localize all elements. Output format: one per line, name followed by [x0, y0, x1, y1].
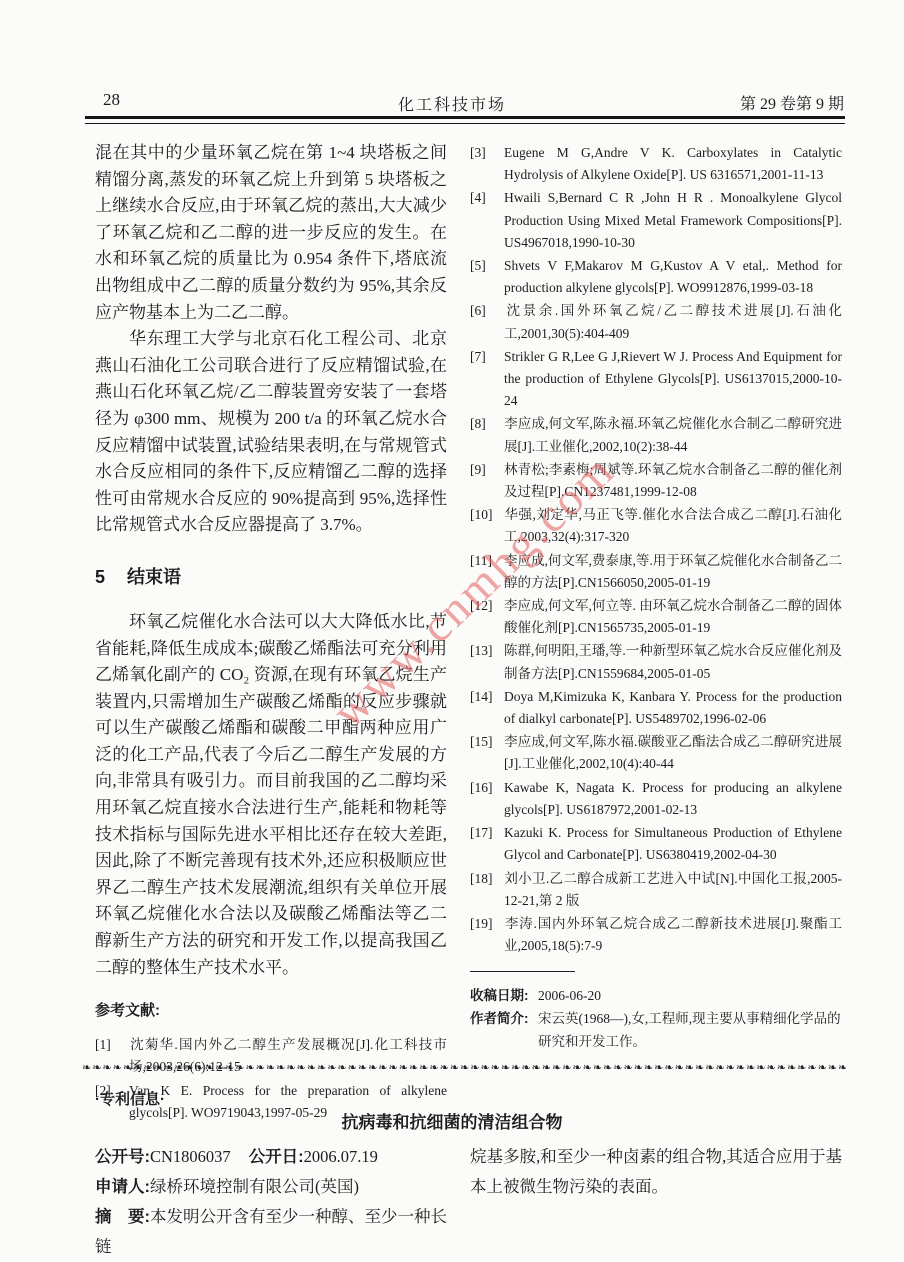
- reference-text: 沈景余.国外环氧乙烷/乙二醇技术进展[J].石油化工,2001,30(5):40…: [504, 303, 842, 340]
- ornament-divider: ❧❧❧❧❧❧❧❧❧❧❧❧❧❧❧❧❧❧❧❧❧❧❧❧❧❧❧❧❧❧❧❧❧❧❧❧❧❧❧❧…: [82, 1058, 846, 1078]
- footnote-rule: [470, 971, 575, 972]
- reference-item: [8]李应成,何文军,陈永福.环氧乙烷催化水合制乙二醇研究进展[J].工业催化,…: [470, 413, 842, 457]
- pub-no-label: 公开号:: [95, 1148, 150, 1166]
- reference-number: [10]: [470, 504, 504, 526]
- patent-right-column: 烷基多胺,和至少一种卤素的组合物,其适合应用于基本上被微生物污染的表面。: [470, 1142, 842, 1202]
- reference-text: Shvets V F,Makarov M G,Kustov A V etal,.…: [504, 258, 842, 295]
- reference-item: [10]华强,刘定华,马正飞等.催化水合法合成乙二醇[J].石油化工,2003,…: [470, 504, 842, 548]
- abstract-label: 摘 要:: [95, 1208, 150, 1226]
- reference-item: [6]沈景余.国外环氧乙烷/乙二醇技术进展[J].石油化工,2001,30(5)…: [470, 300, 842, 344]
- section-title: 结束语: [127, 567, 181, 587]
- reference-item: [3]Eugene M G,Andre V K. Carboxylates in…: [470, 142, 842, 186]
- reference-text: Hwaili S,Bernard C R ,John H R . Monoalk…: [504, 190, 842, 249]
- reference-item: [9]林青松;李素梅;周斌等.环氧乙烷水合制备乙二醇的催化剂及过程[P].CN1…: [470, 459, 842, 503]
- patent-applicant-line: 申请人:绿桥环境控制有限公司(英国): [95, 1172, 455, 1202]
- reference-number: [18]: [470, 868, 504, 890]
- reference-text: 林青松;李素梅;周斌等.环氧乙烷水合制备乙二醇的催化剂及过程[P].CN1237…: [504, 462, 842, 499]
- reference-number: [19]: [470, 913, 504, 935]
- reference-number: [12]: [470, 595, 504, 617]
- author-bio-value: 宋云英(1968—),女,工程师,现主要从事精细化学品的研究和开发工作。: [538, 1011, 841, 1049]
- reference-text: 李涛.国内外环氧乙烷合成乙二醇新技术进展[J].聚酯工业,2005,18(5):…: [504, 916, 842, 953]
- pub-no-value: CN1806037: [150, 1147, 231, 1166]
- reference-item: [4]Hwaili S,Bernard C R ,John H R . Mono…: [470, 187, 842, 254]
- issue-label: 第 29 卷第 9 期: [740, 91, 844, 114]
- reference-text: 陈群,何明阳,王璠,等.一种新型环氧乙烷水合反应催化剂及制备方法[P].CN15…: [504, 643, 842, 680]
- reference-text: Strikler G R,Lee G J,Rievert W J. Proces…: [504, 349, 842, 408]
- reference-number: [5]: [470, 255, 504, 277]
- reference-text: 李应成,何文军,陈水福.碳酸亚乙酯法合成乙二醇研究进展[J].工业催化,2002…: [504, 734, 842, 771]
- reference-number: [14]: [470, 686, 504, 708]
- reference-text: 刘小卫.乙二醇合成新工艺进入中试[N].中国化工报,2005-12-21,第 2…: [504, 871, 842, 908]
- left-column: 混在其中的少量环氧乙烷在第 1~4 块塔板之间精馏分离,蒸发的环氧乙烷上升到第 …: [95, 140, 447, 1125]
- reference-item: [15]李应成,何文军,陈水福.碳酸亚乙酯法合成乙二醇研究进展[J].工业催化,…: [470, 731, 842, 775]
- section-number: 5: [95, 567, 105, 587]
- right-column: [3]Eugene M G,Andre V K. Carboxylates in…: [470, 142, 842, 1053]
- reference-item: [17]Kazuki K. Process for Simultaneous P…: [470, 822, 842, 866]
- reference-number: [9]: [470, 459, 504, 481]
- body-paragraph-2: 华东理工大学与北京石化工程公司、北京燕山石油化工公司联合进行了反应精馏试验,在燕…: [95, 326, 447, 539]
- pub-date-value: 2006.07.19: [304, 1147, 378, 1166]
- journal-page: 28 化工科技市场 第 29 卷第 9 期 混在其中的少量环氧乙烷在第 1~4 …: [0, 0, 904, 1262]
- reference-item: [18]刘小卫.乙二醇合成新工艺进入中试[N].中国化工报,2005-12-21…: [470, 868, 842, 912]
- reference-text: 李应成,何文军,费泰康,等.用于环氧乙烷催化水合制备乙二醇的方法[P].CN15…: [504, 553, 842, 590]
- reference-item: [11]李应成,何文军,费泰康,等.用于环氧乙烷催化水合制备乙二醇的方法[P].…: [470, 550, 842, 594]
- reference-number: [13]: [470, 640, 504, 662]
- reference-item: [5]Shvets V F,Makarov M G,Kustov A V eta…: [470, 255, 842, 299]
- reference-number: [7]: [470, 346, 504, 368]
- reference-text: 李应成,何文军,何立等. 由环氧乙烷水合制备乙二醇的固体酸催化剂[P].CN15…: [504, 598, 842, 635]
- applicant-value: 绿桥环境控制有限公司(英国): [150, 1177, 359, 1196]
- reference-item: [12]李应成,何文军,何立等. 由环氧乙烷水合制备乙二醇的固体酸催化剂[P].…: [470, 595, 842, 639]
- reference-number: [8]: [470, 413, 504, 435]
- body-paragraph-1: 混在其中的少量环氧乙烷在第 1~4 块塔板之间精馏分离,蒸发的环氧乙烷上升到第 …: [95, 140, 447, 326]
- reference-number: [16]: [470, 777, 504, 799]
- header-rule: [85, 116, 845, 124]
- reference-number: [4]: [470, 187, 504, 209]
- references-heading: 参考文献:: [95, 999, 447, 1020]
- reference-item: [13]陈群,何明阳,王璠,等.一种新型环氧乙烷水合反应催化剂及制备方法[P].…: [470, 640, 842, 684]
- applicant-label: 申请人:: [95, 1178, 150, 1196]
- reference-number: [11]: [470, 550, 504, 572]
- reference-item: [19]李涛.国内外环氧乙烷合成乙二醇新技术进展[J].聚酯工业,2005,18…: [470, 913, 842, 957]
- body-paragraph-3: 环氧乙烷催化水合法可以大大降低水比,节省能耗,降低生成成本;碳酸乙烯酯法可充分利…: [95, 609, 447, 981]
- patent-pub-line: 公开号:CN1806037公开日:2006.07.19: [95, 1142, 455, 1172]
- patent-info-column-label: ·专利信息·: [95, 1088, 165, 1109]
- patent-abstract-line: 摘 要:本发明公开含有至少一种醇、至少一种长链: [95, 1202, 455, 1262]
- received-date-value: 2006-06-20: [538, 988, 601, 1003]
- patent-left-column: 公开号:CN1806037公开日:2006.07.19 申请人:绿桥环境控制有限…: [95, 1142, 455, 1262]
- reference-number: [17]: [470, 822, 504, 844]
- reference-text: Doya M,Kimizuka K, Kanbara Y. Process fo…: [504, 689, 842, 726]
- reference-number: [1]: [95, 1034, 129, 1056]
- reference-item: [16]Kawabe K, Nagata K. Process for prod…: [470, 777, 842, 821]
- reference-text: Eugene M G,Andre V K. Carboxylates in Ca…: [504, 145, 842, 182]
- reference-text: 李应成,何文军,陈永福.环氧乙烷催化水合制乙二醇研究进展[J].工业催化,200…: [504, 416, 842, 453]
- author-bio-line: 作者简介:宋云英(1968—),女,工程师,现主要从事精细化学品的研究和开发工作…: [470, 1007, 842, 1053]
- abstract-right-text: 烷基多胺,和至少一种卤素的组合物,其适合应用于基本上被微生物污染的表面。: [470, 1147, 842, 1196]
- reference-item: [7]Strikler G R,Lee G J,Rievert W J. Pro…: [470, 346, 842, 413]
- reference-text: Kazuki K. Process for Simultaneous Produ…: [504, 825, 842, 862]
- pub-date-label: 公开日:: [249, 1148, 304, 1166]
- patent-title: 抗病毒和抗细菌的清洁组合物: [0, 1108, 904, 1133]
- reference-number: [15]: [470, 731, 504, 753]
- reference-number: [6]: [470, 300, 504, 322]
- received-date-line: 收稿日期:2006-06-20: [470, 984, 842, 1007]
- reference-text: 华强,刘定华,马正飞等.催化水合法合成乙二醇[J].石油化工,2003,32(4…: [504, 507, 842, 544]
- section-heading-conclusion: 5结束语: [95, 563, 447, 589]
- reference-item: [14]Doya M,Kimizuka K, Kanbara Y. Proces…: [470, 686, 842, 730]
- received-date-label: 收稿日期:: [470, 984, 538, 1007]
- reference-text: Kawabe K, Nagata K. Process for producin…: [504, 780, 842, 817]
- author-bio-label: 作者简介:: [470, 1007, 538, 1030]
- reference-number: [3]: [470, 142, 504, 164]
